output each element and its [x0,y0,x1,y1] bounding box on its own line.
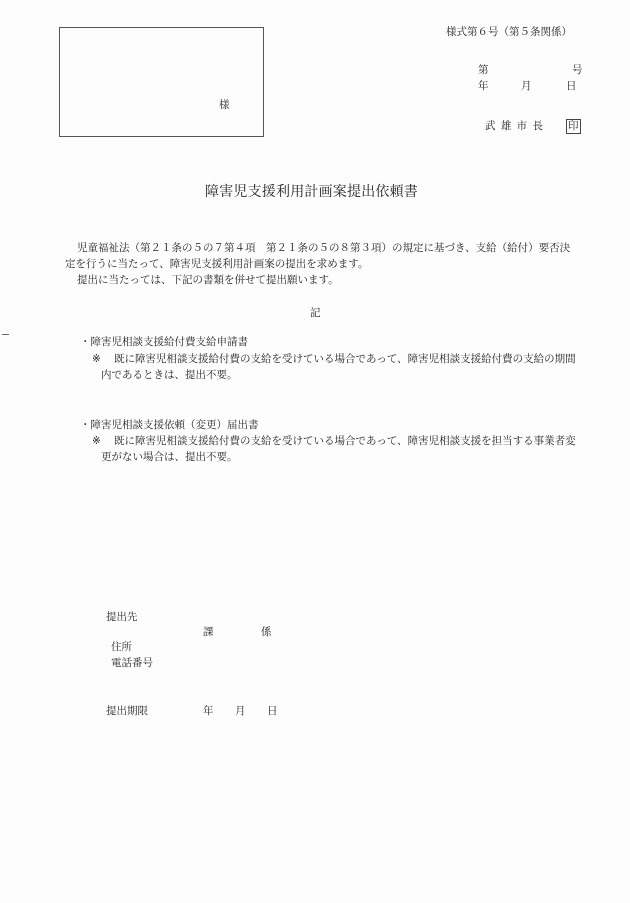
item-2-note-line-1: 既に障害児相談支援給付費の支給を受けている場合であって、障害児相談支援を担当する… [114,436,576,447]
body-line-2: 定を行うに当たって、障害児支援利用計画案の提出を求めます。 [65,259,368,270]
addressee-honorific: 様 [219,100,230,111]
issuer-name: 武 雄 市 長 [485,121,544,132]
reference-number-suffix: 号 [572,65,583,76]
item-1-note-line-1: 既に障害児相談支援給付費の支給を受けている場合であって、障害児相談支援給付費の支… [114,354,576,365]
deadline-month: 月 [235,706,246,717]
item-2-title: ・障害児相談支援依頼（変更）届出書 [80,420,259,431]
date-day: 日 [566,81,577,92]
item-2-note-mark: ※ [92,436,101,447]
deadline-day: 日 [267,706,278,717]
margin-mark [2,334,9,335]
deadline-year: 年 [203,706,214,717]
item-1-note-line-2: 内であるときは、提出不要。 [101,370,238,381]
addressee-box [59,27,264,137]
item-2-note-line-2: 更がない場合は、提出不要。 [101,452,238,463]
destination-label: 提出先 [106,612,138,623]
item-1-title: ・障害児相談支援給付費支給申請書 [80,337,248,348]
item-1-note-mark: ※ [92,354,101,365]
address-label: 住所 [111,642,132,653]
body-line-1: 児童福祉法（第２１条の５の７第４項 第２１条の５の８第３項）の規定に基づき、支給… [77,243,570,254]
deadline-label: 提出期限 [106,706,148,717]
form-number: 様式第６号（第５条関係） [446,27,572,38]
body-line-3: 提出に当たっては、下記の書類を併せて提出願います。 [77,275,339,286]
document-title: 障害児支援利用計画案提出依頼書 [205,185,418,199]
reference-number-prefix: 第 [478,65,489,76]
subsection-label: 係 [261,627,272,638]
date-month: 月 [521,81,532,92]
date-year: 年 [478,81,489,92]
seal-mark: 印 [566,119,581,134]
phone-label: 電話番号 [111,658,153,669]
ki-heading: 記 [310,308,321,319]
section-label: 課 [203,627,214,638]
